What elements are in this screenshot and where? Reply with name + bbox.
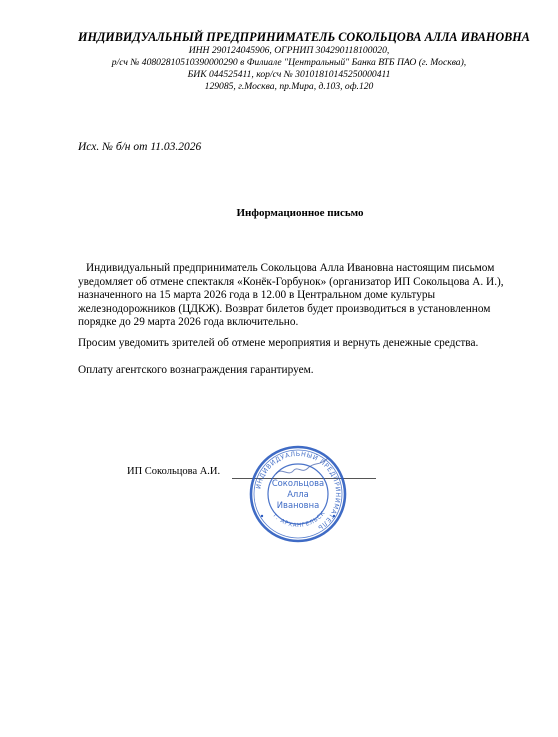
letterhead-bik: БИК 044525411, кор/сч № 3010181014525000… [10, 69, 558, 80]
body-paragraph-3: Оплату агентского вознаграждения гаранти… [78, 364, 538, 378]
body-paragraph-2: Просим уведомить зрителей об отмене меро… [78, 337, 538, 351]
signer-name: ИП Сокольцова А.И. [127, 466, 220, 477]
paragraph-line: назначенного на 15 марта 2026 года в 12.… [78, 289, 538, 303]
svg-text:Сокольцова: Сокольцова [272, 478, 324, 488]
paragraph-line: порядке до 29 марта 2026 года включитель… [78, 316, 538, 330]
letterhead-address: 129085, г.Москва, пр.Мира, д.103, оф.120 [10, 81, 558, 92]
letterhead-bank-account: р/сч № 40802810510390000290 в Филиале "Ц… [10, 57, 558, 68]
document-page: ИНДИВИДУАЛЬНЫЙ ПРЕДПРИНИМАТЕЛЬ СОКОЛЬЦОВ… [0, 0, 558, 737]
svg-text:Алла: Алла [287, 489, 309, 499]
letterhead-title: ИНДИВИДУАЛЬНЫЙ ПРЕДПРИНИМАТЕЛЬ СОКОЛЬЦОВ… [78, 30, 526, 45]
seal-stamp-icon: ИНДИВИДУАЛЬНЫЙ ПРЕДПРИНИМАТЕЛЬ г. АРХАНГ… [248, 444, 348, 544]
svg-text:Ивановна: Ивановна [277, 500, 319, 510]
paragraph-line: уведомляет об отмене спектакля «Конёк-Го… [78, 276, 538, 290]
paragraph-line: железнодорожников (ЦДКЖ). Возврат билето… [78, 303, 538, 317]
paragraph-line: Индивидуальный предприниматель Сокольцов… [78, 262, 538, 276]
body-paragraph-1: Индивидуальный предприниматель Сокольцов… [78, 262, 538, 330]
document-title: Информационное письмо [0, 207, 558, 219]
letterhead-inn: ИНН 290124045906, ОГРНИП 304290118100020… [10, 45, 558, 56]
outgoing-reference: Исх. № б/н от 11.03.2026 [78, 141, 201, 153]
